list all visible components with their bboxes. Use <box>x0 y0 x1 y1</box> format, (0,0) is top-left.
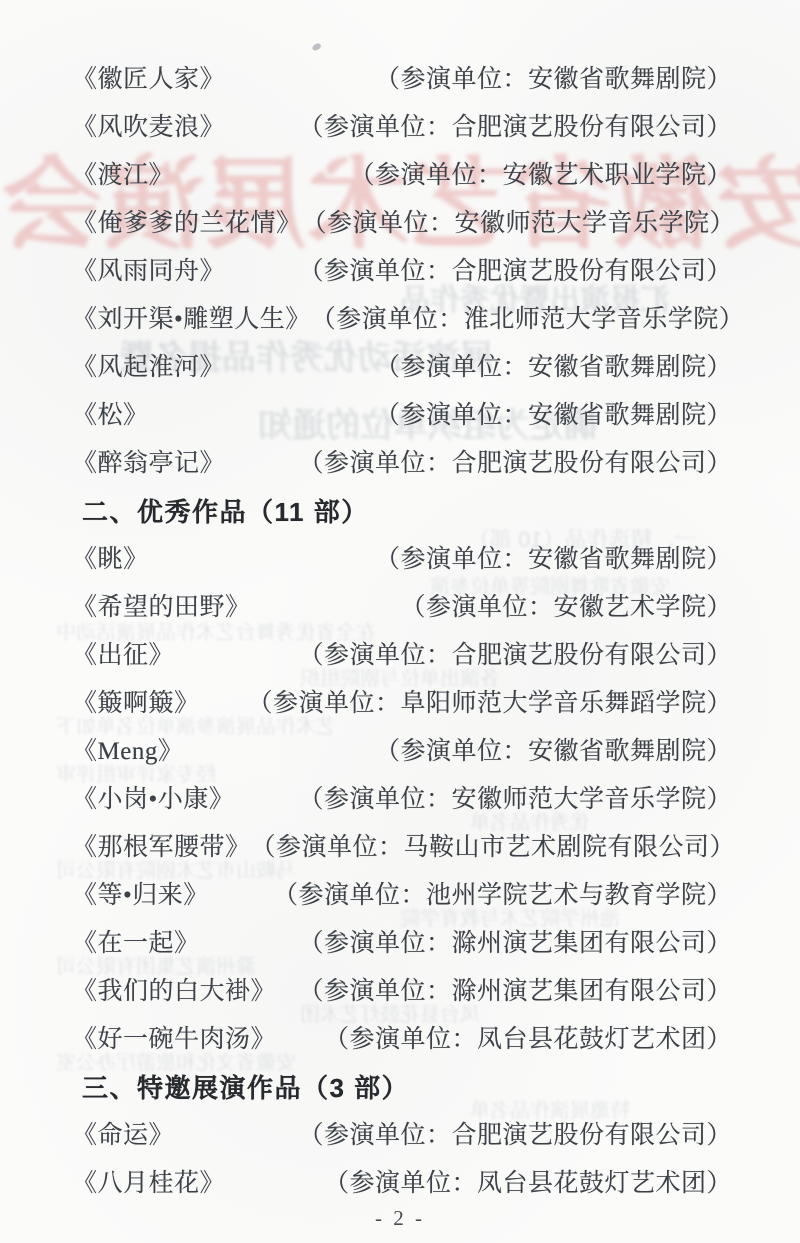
performing-unit-label: （参演单位：滁州演艺集团有限公司） <box>298 920 732 968</box>
performing-unit-label: （参演单位：安徽艺术学院） <box>400 584 732 632</box>
work-row: 《等•归来》 （参演单位：池州学院艺术与教育学院） <box>72 872 732 920</box>
work-title: 《等•归来》 <box>72 872 209 920</box>
page-number: - 2 - <box>0 1206 800 1231</box>
work-title: 《渡江》 <box>72 152 174 200</box>
work-title: 《Meng》 <box>72 728 183 776</box>
performing-unit-label: （参演单位：阜阳师范大学音乐舞蹈学院） <box>247 680 732 728</box>
work-row: 《命运》 （参演单位：合肥演艺股份有限公司） <box>72 1112 732 1160</box>
performing-unit-label: （参演单位：合肥演艺股份有限公司） <box>298 440 732 488</box>
performing-unit-label: （参演单位：合肥演艺股份有限公司） <box>298 248 732 296</box>
performing-unit-label: （参演单位：合肥演艺股份有限公司） <box>298 1112 732 1160</box>
performing-unit-label: （参演单位：安徽省歌舞剧院） <box>375 392 732 440</box>
performing-unit-label: （参演单位：滁州演艺集团有限公司） <box>298 968 732 1016</box>
performing-unit-label: （参演单位：凤台县花鼓灯艺术团） <box>324 1160 732 1208</box>
work-title: 《簸啊簸》 <box>72 680 200 728</box>
work-row: 《簸啊簸》 （参演单位：阜阳师范大学音乐舞蹈学院） <box>72 680 732 728</box>
work-title: 《好一碗牛肉汤》 <box>72 1016 276 1064</box>
section-heading: 三、特邀展演作品（3 部） <box>72 1064 732 1112</box>
work-row: 《风雨同舟》 （参演单位：合肥演艺股份有限公司） <box>72 248 732 296</box>
work-row: 《在一起》 （参演单位：滁州演艺集团有限公司） <box>72 920 732 968</box>
performing-unit-label: （参演单位：池州学院艺术与教育学院） <box>273 872 732 920</box>
work-row: 《出征》 （参演单位：合肥演艺股份有限公司） <box>72 632 732 680</box>
work-title: 《徽匠人家》 <box>72 56 225 104</box>
performing-unit-label: （参演单位：合肥演艺股份有限公司） <box>298 104 732 152</box>
work-row: 《好一碗牛肉汤》 （参演单位：凤台县花鼓灯艺术团） <box>72 1016 732 1064</box>
performing-unit-label: （参演单位：合肥演艺股份有限公司） <box>298 632 732 680</box>
scanned-document-page: 安徽省艺术展演会汇报演出暨优秀作品展演活动优秀作品提名暨确定为组织单位的通知一、… <box>0 0 800 1243</box>
work-row: 《眺》 （参演单位：安徽省歌舞剧院） <box>72 536 732 584</box>
work-row: 《醉翁亭记》 （参演单位：合肥演艺股份有限公司） <box>72 440 732 488</box>
work-title: 《眺》 <box>72 536 149 584</box>
work-row: 《那根军腰带》 （参演单位：马鞍山市艺术剧院有限公司） <box>72 824 732 872</box>
performing-unit-label: （参演单位：安徽省歌舞剧院） <box>375 728 732 776</box>
section-heading: 二、优秀作品（11 部） <box>72 488 732 536</box>
work-row: 《小岗•小康》 （参演单位：安徽师范大学音乐学院） <box>72 776 732 824</box>
work-title: 《我们的白大褂》 <box>72 968 276 1016</box>
work-row: 《风吹麦浪》 （参演单位：合肥演艺股份有限公司） <box>72 104 732 152</box>
performing-unit-label: （参演单位：安徽省歌舞剧院） <box>375 56 732 104</box>
work-title: 《风雨同舟》 <box>72 248 225 296</box>
work-title: 《风吹麦浪》 <box>72 104 225 152</box>
performing-unit-label: （参演单位：安徽省歌舞剧院） <box>375 344 732 392</box>
work-title: 《俺爹爹的兰花情》 <box>72 200 302 248</box>
work-title: 《刘开渠•雕塑人生》 <box>72 296 311 344</box>
performing-unit-label: （参演单位：凤台县花鼓灯艺术团） <box>324 1016 732 1064</box>
work-row: 《松》 （参演单位：安徽省歌舞剧院） <box>72 392 732 440</box>
work-title: 《命运》 <box>72 1112 174 1160</box>
performing-unit-label: （参演单位：马鞍山市艺术剧院有限公司） <box>251 824 736 872</box>
work-title: 《出征》 <box>72 632 174 680</box>
performing-unit-label: （参演单位：安徽省歌舞剧院） <box>375 536 732 584</box>
work-title: 《风起淮河》 <box>72 344 225 392</box>
work-row: 《徽匠人家》 （参演单位：安徽省歌舞剧院） <box>72 56 732 104</box>
performing-unit-label: （参演单位：安徽师范大学音乐学院） <box>302 200 736 248</box>
work-title: 《八月桂花》 <box>72 1160 225 1208</box>
work-row: 《风起淮河》 （参演单位：安徽省歌舞剧院） <box>72 344 732 392</box>
scan-speck <box>311 42 322 51</box>
performing-unit-label: （参演单位：淮北师范大学音乐学院） <box>311 296 745 344</box>
work-row: 《八月桂花》 （参演单位：凤台县花鼓灯艺术团） <box>72 1160 732 1208</box>
work-row: 《Meng》 （参演单位：安徽省歌舞剧院） <box>72 728 732 776</box>
work-title: 《松》 <box>72 392 149 440</box>
work-row: 《我们的白大褂》 （参演单位：滁州演艺集团有限公司） <box>72 968 732 1016</box>
work-row: 《希望的田野》 （参演单位：安徽艺术学院） <box>72 584 732 632</box>
work-row: 《刘开渠•雕塑人生》 （参演单位：淮北师范大学音乐学院） <box>72 296 732 344</box>
performing-unit-label: （参演单位：安徽艺术职业学院） <box>349 152 732 200</box>
document-lines: 《徽匠人家》 （参演单位：安徽省歌舞剧院） 《风吹麦浪》 （参演单位：合肥演艺股… <box>72 56 732 1208</box>
work-title: 《小岗•小康》 <box>72 776 234 824</box>
performing-unit-label: （参演单位：安徽师范大学音乐学院） <box>298 776 732 824</box>
work-title: 《希望的田野》 <box>72 584 251 632</box>
work-row: 《俺爹爹的兰花情》 （参演单位：安徽师范大学音乐学院） <box>72 200 732 248</box>
work-title: 《在一起》 <box>72 920 200 968</box>
work-row: 《渡江》 （参演单位：安徽艺术职业学院） <box>72 152 732 200</box>
work-title: 《醉翁亭记》 <box>72 440 225 488</box>
work-title: 《那根军腰带》 <box>72 824 251 872</box>
